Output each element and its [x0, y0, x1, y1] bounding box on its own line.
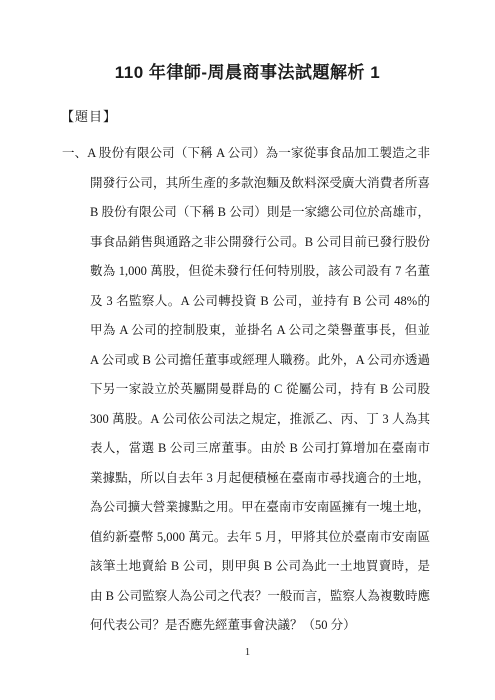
page-number: 1 — [0, 647, 495, 658]
question-line: B 股份有限公司（下稱 B 公司）則是一家總公司位於高雄市，從 — [62, 198, 430, 228]
question-line: A 公司或 B 公司擔任董事或經理人職務。此外，A 公司亦透過旗 — [62, 346, 430, 376]
question-line: 數為 1,000 萬股，但從未發行任何特別股，該公司設有 7 名董事 — [62, 257, 430, 287]
question-line: 甲為 A 公司的控制股東，並掛名 A 公司之榮譽董事長，但並未在 — [62, 316, 430, 346]
question-line: 何代表公司？是否應先經董事會決議？（50 分） — [62, 611, 430, 641]
page-title: 110 年律師-周晨商事法試題解析 1 — [0, 58, 495, 83]
section-label: 【題目】 — [61, 106, 117, 125]
question-line: 下另一家設立於英屬開曼群島的 C 從屬公司，持有 B 公司股份計 — [62, 375, 430, 405]
question-line: 該筆土地賣給 B 公司，則甲與 B 公司為此一土地買賣時，是否應 — [62, 552, 430, 582]
document-page: 110 年律師-周晨商事法試題解析 1 【題目】 一、A 股份有限公司（下稱 A… — [0, 0, 495, 700]
question-paragraph: 一、A 股份有限公司（下稱 A 公司）為一家從事食品加工製造之非公 開發行公司，… — [62, 139, 430, 641]
question-line: 業據點，所以自去年 3 月起便積極在臺南市尋找適合的土地，作 — [62, 464, 430, 494]
question-line: 由 B 公司監察人為公司之代表？一般而言，監察人為複數時應如 — [62, 582, 430, 612]
question-line: 值約新臺幣 5,000 萬元。去年 5 月，甲將其位於臺南市安南區的 — [62, 523, 430, 553]
question-line: 及 3 名監察人。A 公司轉投資 B 公司，並持有 B 公司 48%的股權。 — [62, 287, 430, 317]
question-line: 300 萬股。A 公司依公司法之規定，推派乙、丙、丁 3 人為其代 — [62, 405, 430, 435]
question-line: 一、A 股份有限公司（下稱 A 公司）為一家從事食品加工製造之非公 — [62, 139, 430, 169]
question-line: 表人，當選 B 公司三席董事。由於 B 公司打算增加在臺南市的營 — [62, 434, 430, 464]
question-line: 開發行公司，其所生產的多款泡麵及飲料深受廣大消費者所喜愛。 — [62, 169, 430, 199]
question-line: 為公司擴大營業據點之用。甲在臺南市安南區擁有一塊土地，市 — [62, 493, 430, 523]
question-line: 事食品銷售與通路之非公開發行公司。B 公司目前已發行股份總 — [62, 228, 430, 258]
